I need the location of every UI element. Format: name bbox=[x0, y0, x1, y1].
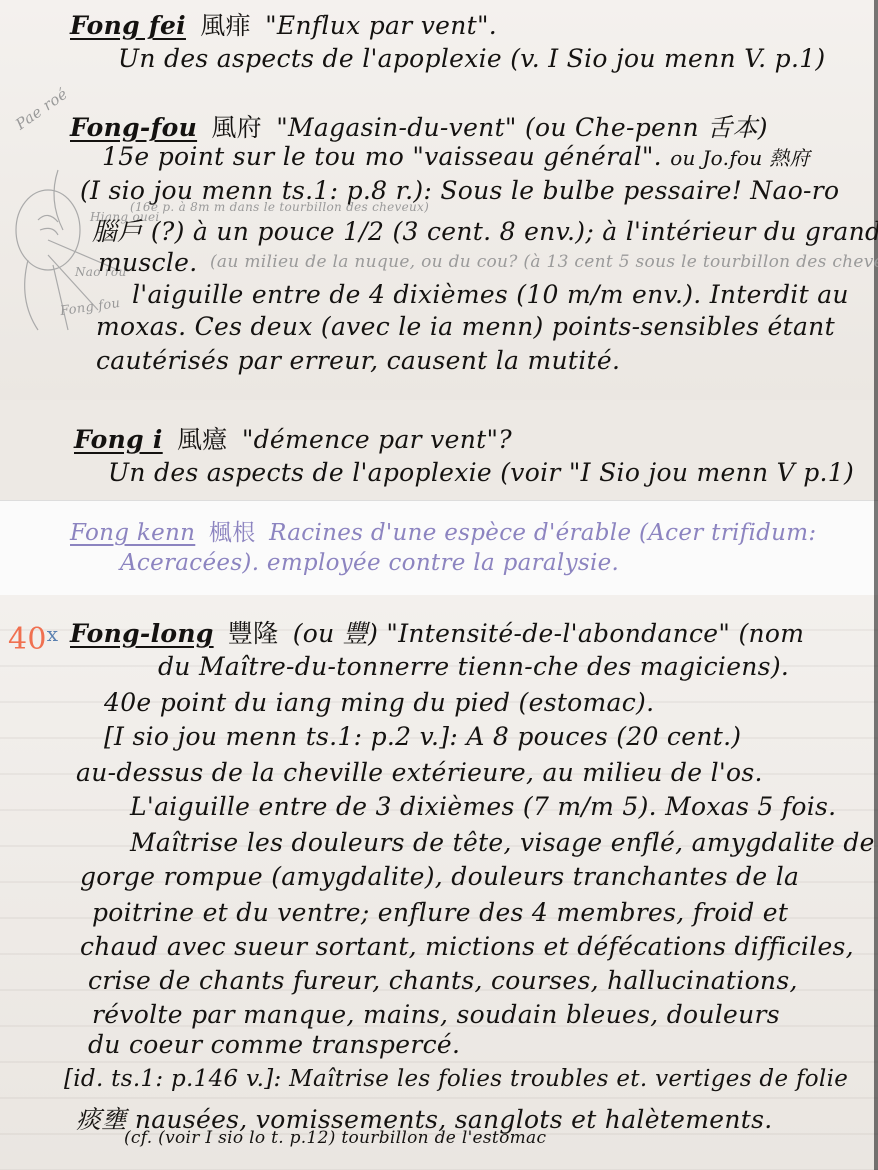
headword: Fong kenn bbox=[70, 520, 195, 546]
entry-line: Maîtrise les douleurs de tête, visage en… bbox=[130, 828, 875, 857]
entry-fong-i-header: Fong i 風癔 "démence par vent"? bbox=[74, 420, 512, 456]
manuscript-page: Pae roé Hiang ouei Nao rou Fong fou Fong… bbox=[0, 0, 878, 1170]
entry-line: L'aiguille entre de 3 dixièmes (7 m/m 5)… bbox=[130, 792, 836, 821]
entry-line: (cf. (voir I sio lo t. p.12) tourbillon … bbox=[124, 1128, 546, 1148]
page-edge-shadow bbox=[874, 0, 878, 1170]
hanzi: 楓根 bbox=[209, 520, 256, 546]
entry-line: 15e point sur le tou mo "vaisseau généra… bbox=[102, 142, 810, 171]
alt-hanzi: (ou 豐) bbox=[293, 619, 378, 648]
alt-name: (ou Che-penn 舌本) bbox=[525, 113, 768, 142]
entry-line: [id. ts.1: p.146 v.]: Maîtrise les folie… bbox=[64, 1066, 848, 1092]
entry-line: 40e point du iang ming du pied (estomac)… bbox=[104, 688, 654, 717]
entry-fong-fou-header: Fong-fou 風府 "Magasin-du-vent" (ou Che-pe… bbox=[70, 108, 768, 144]
entry-fong-long-header: Fong-long 豐隆 (ou 豐) "Intensité-de-l'abon… bbox=[70, 614, 804, 650]
hanzi: 風痱 bbox=[200, 11, 251, 40]
entry-line: du coeur comme transpercé. bbox=[88, 1030, 460, 1059]
entry-line: au-dessus de la cheville extérieure, au … bbox=[76, 758, 763, 787]
entry-fong-kenn-header: Fong kenn 楓根 Racines d'une espèce d'érab… bbox=[70, 514, 816, 547]
hanzi: 風府 bbox=[211, 113, 262, 142]
entry-fong-fei-header: Fong fei 風痱 "Enflux par vent". bbox=[70, 6, 497, 42]
blue-cross-mark: x bbox=[47, 622, 59, 646]
gloss: "Magasin-du-vent" bbox=[276, 113, 517, 142]
entry-line: Aceracées). employée contre la paralysie… bbox=[120, 550, 619, 576]
hanzi: 豐隆 bbox=[228, 619, 279, 648]
entry-line: l'aiguille entre de 4 dixièmes (10 m/m e… bbox=[132, 280, 849, 309]
entry-line: poitrine et du ventre; enflure des 4 mem… bbox=[92, 898, 788, 927]
entry-line: crise de chants fureur, chants, courses,… bbox=[88, 966, 798, 995]
gloss: "Intensité-de-l'abondance" (nom bbox=[386, 619, 804, 648]
gloss: "Enflux par vent". bbox=[265, 11, 497, 40]
entry-line: Un des aspects de l'apoplexie (voir "I S… bbox=[108, 458, 854, 487]
entry-line: moxas. Ces deux (avec le ia menn) points… bbox=[96, 312, 835, 341]
entry-line: muscle. bbox=[98, 248, 197, 277]
entry-line: cautérisés par erreur, causent la mutité… bbox=[96, 346, 620, 375]
entry-line: du Maître-du-tonnerre tienn-che des magi… bbox=[158, 652, 789, 681]
entry-line: [I sio jou menn ts.1: p.2 v.]: A 8 pouce… bbox=[104, 722, 741, 751]
headword: Fong-long bbox=[70, 619, 214, 648]
gloss: Racines d'une espèce d'érable (Acer trif… bbox=[269, 520, 816, 546]
margin-mark: 40x bbox=[8, 622, 58, 657]
entry-text: ou Jo.fou 熱府 bbox=[670, 146, 810, 170]
gloss: "démence par vent"? bbox=[242, 425, 512, 454]
entry-line: chaud avec sueur sortant, mictions et dé… bbox=[80, 932, 854, 961]
headword: Fong i bbox=[74, 425, 163, 454]
entry-line: 腦戶 (?) à un pouce 1/2 (3 cent. 8 env.); … bbox=[92, 212, 878, 248]
headword: Fong-fou bbox=[70, 113, 197, 142]
entry-line: gorge rompue (amygdalite), douleurs tran… bbox=[80, 862, 799, 891]
entry-text: 15e point sur le tou mo "vaisseau généra… bbox=[102, 142, 662, 171]
headword: Fong fei bbox=[70, 11, 186, 40]
pencil-note: (au milieu de la nuque, ou du cou? (à 13… bbox=[210, 252, 878, 272]
entry-line: Un des aspects de l'apoplexie (v. I Sio … bbox=[118, 44, 826, 73]
entry-line: révolte par manque, mains, soudain bleue… bbox=[92, 1000, 780, 1029]
red-number-mark: 40 bbox=[8, 622, 47, 657]
hanzi: 風癔 bbox=[177, 425, 228, 454]
